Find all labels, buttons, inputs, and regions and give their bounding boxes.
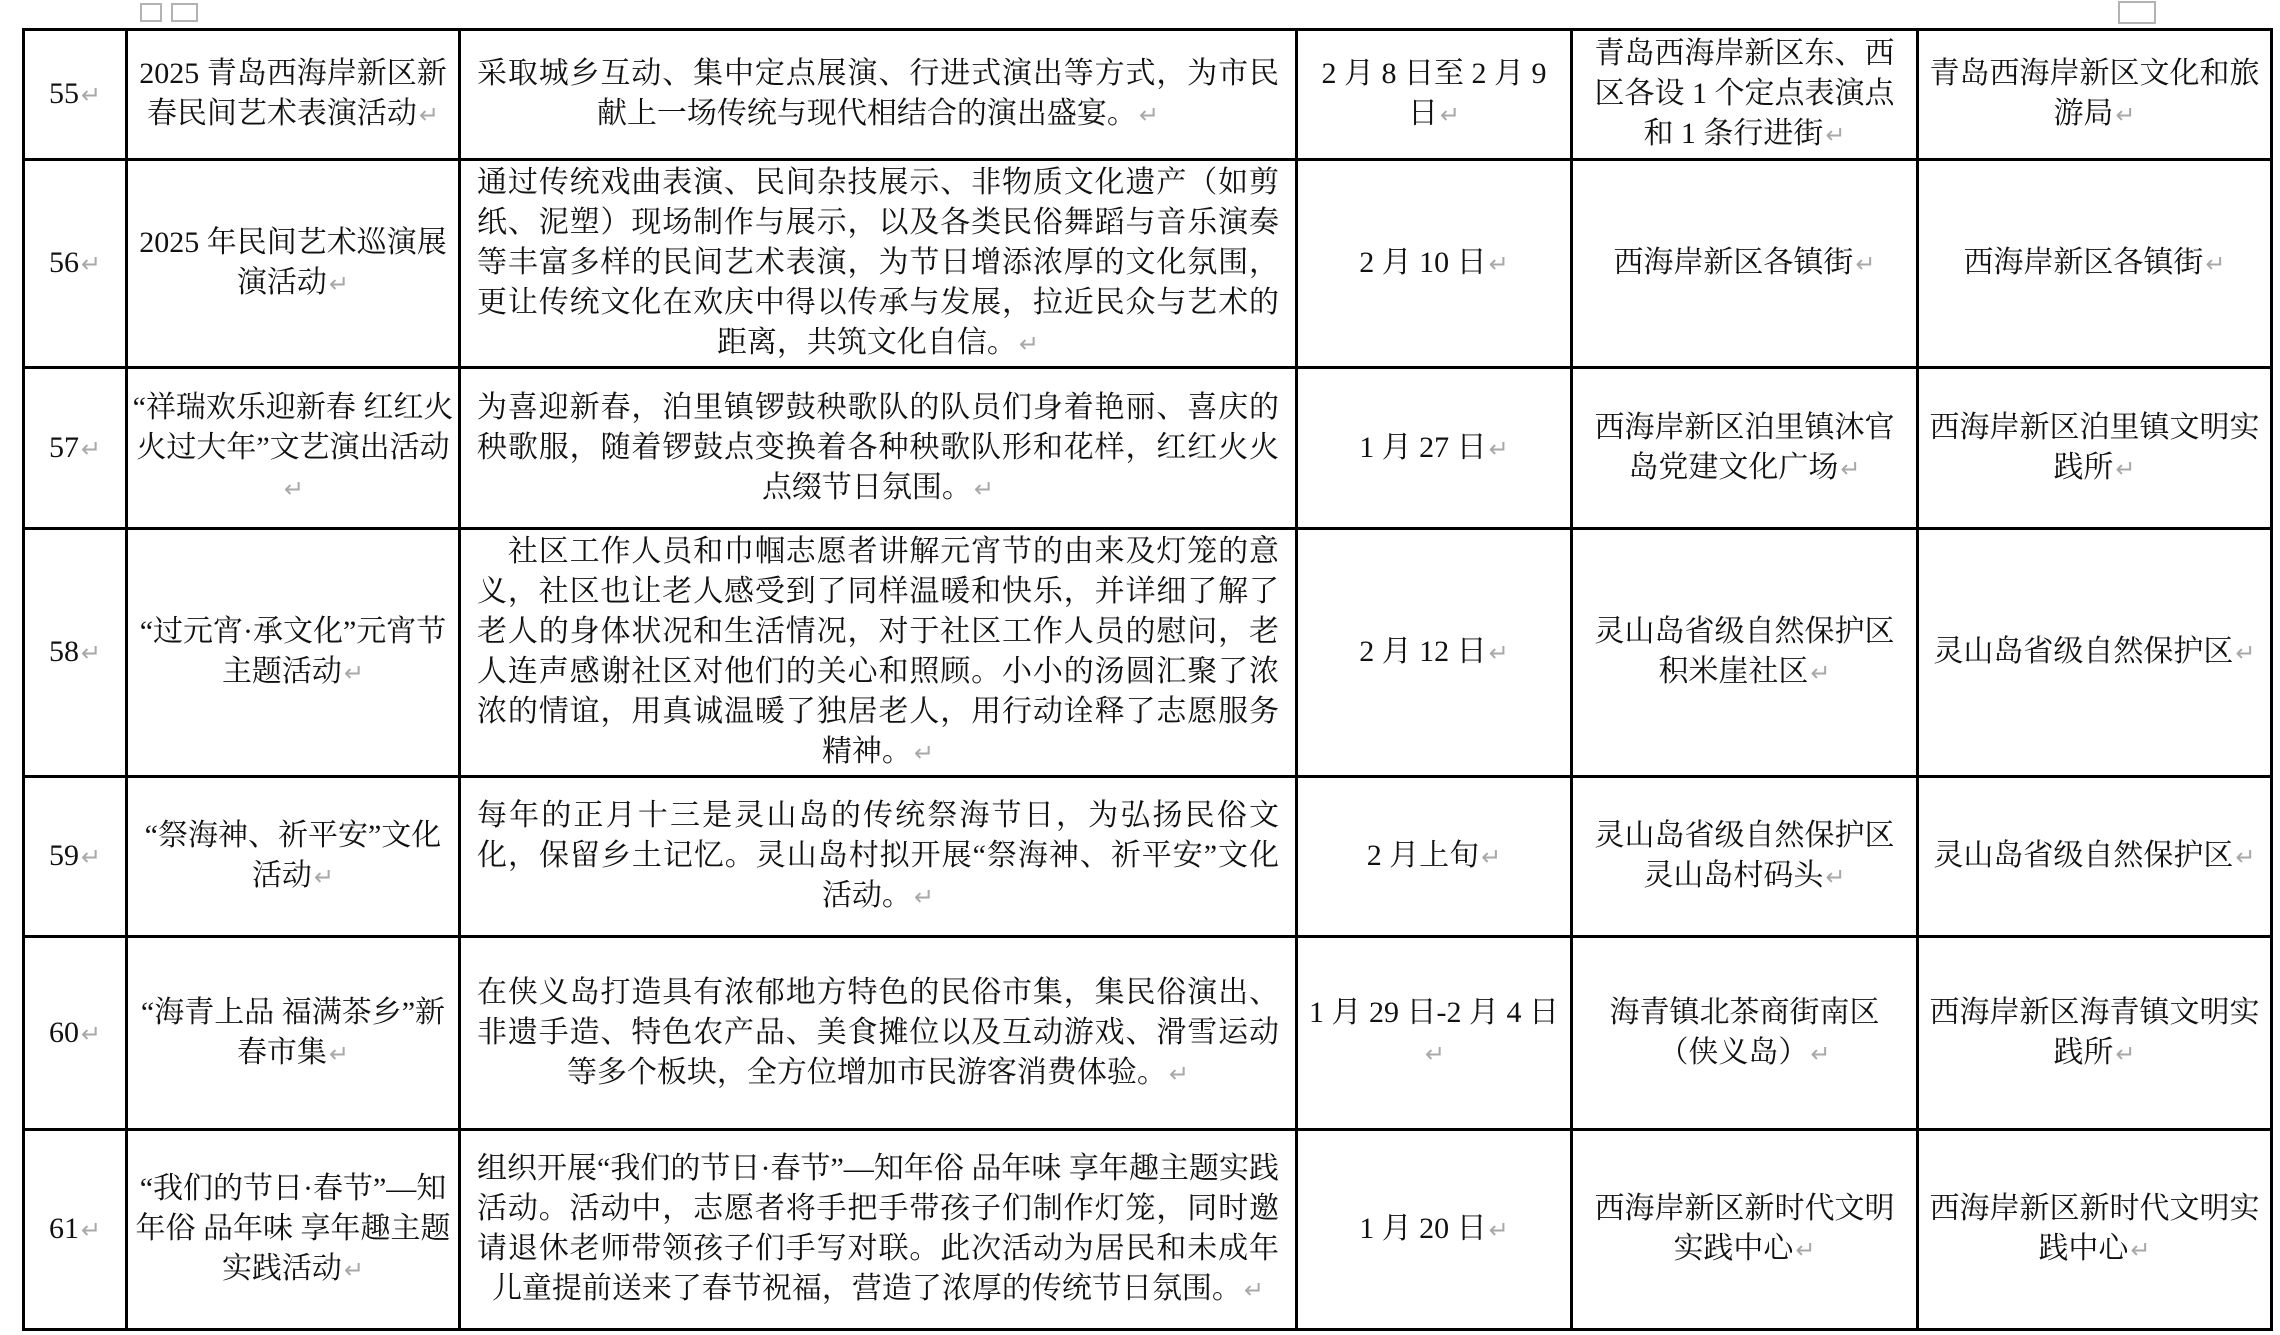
paragraph-mark-icon: ↵	[344, 659, 364, 687]
cell-row-number: 59↵	[24, 777, 127, 937]
paragraph-mark-icon: ↵	[1481, 843, 1501, 871]
cell-activity-organizer: 西海岸新区海青镇文明实践所↵	[1918, 937, 2272, 1130]
activity-name: “祥瑞欢乐迎新春 红红火火过大年”文艺演出活动	[133, 391, 454, 464]
paragraph-mark-icon: ↵	[1825, 121, 1845, 149]
row-number: 55	[49, 77, 79, 110]
row-number: 59	[49, 839, 79, 872]
cell-activity-name: “祭海神、祈平安”文化活动↵	[127, 777, 460, 937]
activities-table: 55↵ 2025 青岛西海岸新区新春民间艺术表演活动↵ 采取城乡互动、集中定点展…	[22, 28, 2273, 1331]
cell-row-number: 60↵	[24, 937, 127, 1130]
activity-date: 2 月 8 日至 2 月 9 日	[1322, 57, 1547, 130]
activity-date: 2 月 10 日	[1359, 246, 1487, 279]
activity-description: 为喜迎新春，泊里镇锣鼓秧歌队的队员们身着艳丽、喜庆的秧歌服，随着锣鼓点变换着各种…	[477, 391, 1279, 504]
cell-activity-location: 青岛西海岸新区东、西区各设 1 个定点表演点和 1 条行进街↵	[1572, 30, 1918, 160]
clipped-row-artifact	[140, 3, 162, 22]
cell-activity-date: 2 月 12 日↵	[1297, 529, 1572, 777]
activity-organizer: 西海岸新区泊里镇文明实践所	[1930, 411, 2260, 484]
cell-row-number: 58↵	[24, 529, 127, 777]
activity-name: “海青上品 福满茶乡”新春市集	[141, 996, 445, 1069]
activity-organizer: 西海岸新区海青镇文明实践所	[1930, 996, 2260, 1069]
activity-organizer: 灵山岛省级自然保护区	[1933, 839, 2233, 872]
paragraph-mark-icon: ↵	[1169, 1060, 1189, 1088]
cell-activity-name: “海青上品 福满茶乡”新春市集↵	[127, 937, 460, 1130]
cell-activity-date: 2 月上旬↵	[1297, 777, 1572, 937]
cell-activity-location: 西海岸新区新时代文明实践中心↵	[1572, 1130, 1918, 1330]
paragraph-mark-icon: ↵	[1425, 1040, 1445, 1068]
paragraph-mark-icon: ↵	[1139, 101, 1159, 129]
activity-name: 2025 青岛西海岸新区新春民间艺术表演活动	[139, 57, 447, 130]
paragraph-mark-icon: ↵	[1489, 435, 1509, 463]
cell-activity-date: 2 月 10 日↵	[1297, 160, 1572, 368]
paragraph-mark-icon: ↵	[2115, 101, 2135, 129]
row-number: 57	[49, 431, 79, 464]
activity-description: 社区工作人员和巾帼志愿者讲解元宵节的由来及灯笼的意义，社区也让老人感受到了同样温…	[477, 535, 1279, 768]
cell-activity-date: 2 月 8 日至 2 月 9 日↵	[1297, 30, 1572, 160]
cell-activity-name: 2025 青岛西海岸新区新春民间艺术表演活动↵	[127, 30, 460, 160]
cell-row-number: 56↵	[24, 160, 127, 368]
paragraph-mark-icon: ↵	[1489, 1216, 1509, 1244]
activity-description: 在侠义岛打造具有浓郁地方特色的民俗市集，集民俗演出、非遗手造、特色农产品、美食摊…	[477, 976, 1279, 1089]
paragraph-mark-icon: ↵	[914, 739, 934, 767]
activity-location: 灵山岛省级自然保护区灵山岛村码头	[1595, 819, 1895, 892]
paragraph-mark-icon: ↵	[81, 1216, 101, 1244]
paragraph-mark-icon: ↵	[1795, 1236, 1815, 1264]
cell-row-number: 55↵	[24, 30, 127, 160]
activity-description: 每年的正月十三是灵山岛的传统祭海节日，为弘扬民俗文化，保留乡土记忆。灵山岛村拟开…	[477, 799, 1279, 912]
activity-name: “过元宵·承文化”元宵节主题活动	[140, 615, 447, 688]
paragraph-mark-icon: ↵	[1810, 659, 1830, 687]
activity-location: 灵山岛省级自然保护区积米崖社区	[1595, 615, 1895, 688]
paragraph-mark-icon: ↵	[1825, 863, 1845, 891]
activity-location: 青岛西海岸新区东、西区各设 1 个定点表演点和 1 条行进街	[1595, 37, 1895, 150]
cell-activity-description: 采取城乡互动、集中定点展演、行进式演出等方式，为市民献上一场传统与现代相结合的演…	[460, 30, 1297, 160]
cell-activity-location: 海青镇北茶商街南区（侠义岛）↵	[1572, 937, 1918, 1130]
paragraph-mark-icon: ↵	[314, 863, 334, 891]
cell-activity-location: 灵山岛省级自然保护区灵山岛村码头↵	[1572, 777, 1918, 937]
row-number: 56	[49, 246, 79, 279]
paragraph-mark-icon: ↵	[329, 1040, 349, 1068]
paragraph-mark-icon: ↵	[81, 639, 101, 667]
paragraph-mark-icon: ↵	[81, 1020, 101, 1048]
paragraph-mark-icon: ↵	[2205, 250, 2225, 278]
table-row: 61↵ “我们的节日·春节”—知年俗 品年味 享年趣主题实践活动↵ 组织开展“我…	[24, 1130, 2272, 1330]
cell-activity-location: 灵山岛省级自然保护区积米崖社区↵	[1572, 529, 1918, 777]
cell-activity-description: 在侠义岛打造具有浓郁地方特色的民俗市集，集民俗演出、非遗手造、特色农产品、美食摊…	[460, 937, 1297, 1130]
row-number: 61	[49, 1212, 79, 1245]
paragraph-mark-icon: ↵	[329, 270, 349, 298]
paragraph-mark-icon: ↵	[419, 101, 439, 129]
table-row: 58↵ “过元宵·承文化”元宵节主题活动↵ 社区工作人员和巾帼志愿者讲解元宵节的…	[24, 529, 2272, 777]
paragraph-mark-icon: ↵	[2235, 843, 2255, 871]
paragraph-mark-icon: ↵	[81, 435, 101, 463]
paragraph-mark-icon: ↵	[2130, 1236, 2150, 1264]
paragraph-mark-icon: ↵	[2115, 1040, 2135, 1068]
paragraph-mark-icon: ↵	[1489, 639, 1509, 667]
paragraph-mark-icon: ↵	[1855, 250, 1875, 278]
cell-activity-description: 通过传统戏曲表演、民间杂技展示、非物质文化遗产（如剪纸、泥塑）现场制作与展示，以…	[460, 160, 1297, 368]
activity-date: 1 月 29 日-2 月 4 日	[1309, 996, 1559, 1029]
paragraph-mark-icon: ↵	[1244, 1276, 1264, 1304]
activity-location: 海青镇北茶商街南区（侠义岛）	[1610, 996, 1880, 1069]
activity-date: 1 月 20 日	[1359, 1212, 1487, 1245]
table-row: 56↵ 2025 年民间艺术巡演展演活动↵ 通过传统戏曲表演、民间杂技展示、非物…	[24, 160, 2272, 368]
activity-name: “我们的节日·春节”—知年俗 品年味 享年趣主题实践活动	[136, 1172, 451, 1285]
cell-activity-name: 2025 年民间艺术巡演展演活动↵	[127, 160, 460, 368]
cell-activity-organizer: 西海岸新区新时代文明实践中心↵	[1918, 1130, 2272, 1330]
clipped-row-artifact	[171, 3, 198, 22]
paragraph-mark-icon: ↵	[1019, 330, 1039, 358]
cell-activity-description: 组织开展“我们的节日·春节”—知年俗 品年味 享年趣主题实践活动。活动中，志愿者…	[460, 1130, 1297, 1330]
paragraph-mark-icon: ↵	[914, 883, 934, 911]
activity-description: 组织开展“我们的节日·春节”—知年俗 品年味 享年趣主题实践活动。活动中，志愿者…	[477, 1152, 1279, 1305]
paragraph-mark-icon: ↵	[974, 475, 994, 503]
cell-activity-date: 1 月 20 日↵	[1297, 1130, 1572, 1330]
paragraph-mark-icon: ↵	[1840, 455, 1860, 483]
cell-activity-name: “祥瑞欢乐迎新春 红红火火过大年”文艺演出活动↵	[127, 368, 460, 529]
activity-date: 2 月上旬	[1367, 839, 1480, 872]
paragraph-mark-icon: ↵	[284, 475, 304, 503]
cell-activity-location: 西海岸新区各镇街↵	[1572, 160, 1918, 368]
activity-organizer: 西海岸新区新时代文明实践中心	[1930, 1192, 2260, 1265]
paragraph-mark-icon: ↵	[1440, 101, 1460, 129]
activity-organizer: 西海岸新区各镇街	[1963, 246, 2203, 279]
cell-activity-name: “过元宵·承文化”元宵节主题活动↵	[127, 529, 460, 777]
row-number: 60	[49, 1016, 79, 1049]
cell-row-number: 61↵	[24, 1130, 127, 1330]
activity-organizer: 灵山岛省级自然保护区	[1933, 635, 2233, 668]
activity-date: 2 月 12 日	[1359, 635, 1487, 668]
cell-activity-organizer: 灵山岛省级自然保护区↵	[1918, 529, 2272, 777]
cell-activity-organizer: 青岛西海岸新区文化和旅游局↵	[1918, 30, 2272, 160]
activity-name: 2025 年民间艺术巡演展演活动	[139, 226, 447, 299]
cell-activity-description: 社区工作人员和巾帼志愿者讲解元宵节的由来及灯笼的意义，社区也让老人感受到了同样温…	[460, 529, 1297, 777]
paragraph-mark-icon: ↵	[1489, 250, 1509, 278]
cell-activity-location: 西海岸新区泊里镇沐官岛党建文化广场↵	[1572, 368, 1918, 529]
row-number: 58	[49, 635, 79, 668]
table-row: 55↵ 2025 青岛西海岸新区新春民间艺术表演活动↵ 采取城乡互动、集中定点展…	[24, 30, 2272, 160]
activity-organizer: 青岛西海岸新区文化和旅游局	[1930, 57, 2260, 130]
paragraph-mark-icon: ↵	[1810, 1040, 1830, 1068]
activity-location: 西海岸新区各镇街	[1613, 246, 1853, 279]
paragraph-mark-icon: ↵	[344, 1256, 364, 1284]
cell-row-number: 57↵	[24, 368, 127, 529]
cell-activity-organizer: 西海岸新区各镇街↵	[1918, 160, 2272, 368]
paragraph-mark-icon: ↵	[81, 843, 101, 871]
cell-activity-organizer: 灵山岛省级自然保护区↵	[1918, 777, 2272, 937]
cell-activity-date: 1 月 27 日↵	[1297, 368, 1572, 529]
table-row: 57↵ “祥瑞欢乐迎新春 红红火火过大年”文艺演出活动↵ 为喜迎新春，泊里镇锣鼓…	[24, 368, 2272, 529]
cell-activity-organizer: 西海岸新区泊里镇文明实践所↵	[1918, 368, 2272, 529]
table-row: 60↵ “海青上品 福满茶乡”新春市集↵ 在侠义岛打造具有浓郁地方特色的民俗市集…	[24, 937, 2272, 1130]
cell-activity-date: 1 月 29 日-2 月 4 日↵	[1297, 937, 1572, 1130]
cell-activity-description: 每年的正月十三是灵山岛的传统祭海节日，为弘扬民俗文化，保留乡土记忆。灵山岛村拟开…	[460, 777, 1297, 937]
paragraph-mark-icon: ↵	[81, 81, 101, 109]
table-row: 59↵ “祭海神、祈平安”文化活动↵ 每年的正月十三是灵山岛的传统祭海节日，为弘…	[24, 777, 2272, 937]
activity-description: 通过传统戏曲表演、民间杂技展示、非物质文化遗产（如剪纸、泥塑）现场制作与展示，以…	[477, 166, 1279, 359]
paragraph-mark-icon: ↵	[2115, 455, 2135, 483]
paragraph-mark-icon: ↵	[81, 250, 101, 278]
activity-location: 西海岸新区新时代文明实践中心	[1595, 1192, 1895, 1265]
clipped-row-artifact	[2118, 1, 2156, 24]
cell-activity-name: “我们的节日·春节”—知年俗 品年味 享年趣主题实践活动↵	[127, 1130, 460, 1330]
activity-date: 1 月 27 日	[1359, 431, 1487, 464]
activity-name: “祭海神、祈平安”文化活动	[145, 819, 442, 892]
cell-activity-description: 为喜迎新春，泊里镇锣鼓秧歌队的队员们身着艳丽、喜庆的秧歌服，随着锣鼓点变换着各种…	[460, 368, 1297, 529]
paragraph-mark-icon: ↵	[2235, 639, 2255, 667]
